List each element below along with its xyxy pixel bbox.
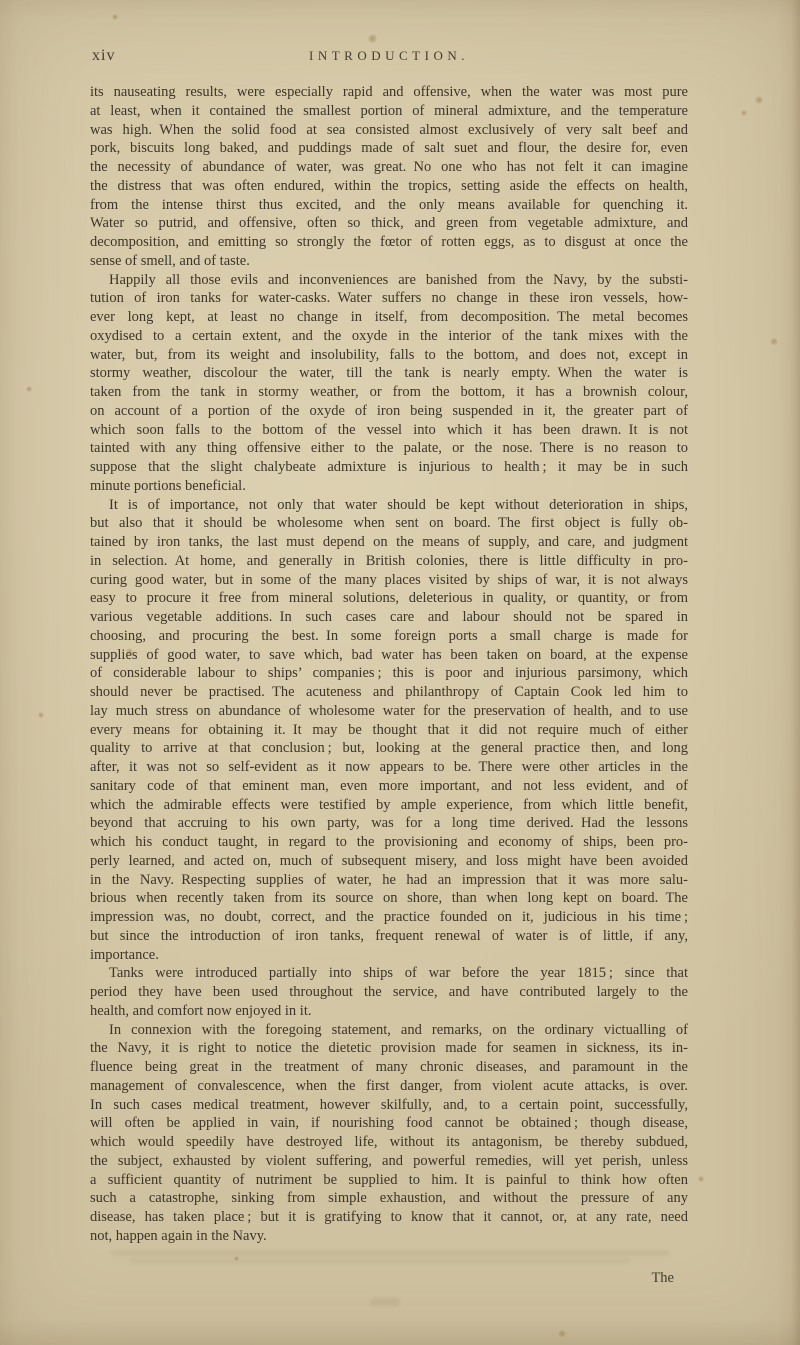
text-line: management of convalescence, when the fi… xyxy=(90,1077,688,1096)
text-line: health, and comfort now enjoyed in it. xyxy=(90,1002,688,1021)
paragraph: It is of importance, not only that water… xyxy=(90,496,688,965)
text-line: of considerable labour to ships’ compani… xyxy=(90,664,688,683)
text-line: impression was, no doubt, correct, and t… xyxy=(90,908,688,927)
text-line: at least, when it contained the smallest… xyxy=(90,102,688,121)
book-page: xiv INTRODUCTION. its nauseating results… xyxy=(0,0,800,1345)
text-line: lay much stress on abundance of wholesom… xyxy=(90,702,688,721)
text-line: every means for obtaining it. It may be … xyxy=(90,721,688,740)
text-line: which soon falls to the bottom of the ve… xyxy=(90,421,688,440)
text-line: which his conduct taught, in regard to t… xyxy=(90,833,688,852)
text-line: fluence being great in the treatment of … xyxy=(90,1058,688,1077)
text-line: but also that it should be wholesome whe… xyxy=(90,514,688,533)
text-line: oxydised to a certain extent, and the ox… xyxy=(90,327,688,346)
foxing-spot xyxy=(126,648,133,655)
page-body: its nauseating results, were especially … xyxy=(90,83,688,1246)
text-line: sense of smell, and of taste. xyxy=(90,252,688,271)
text-line: Water so putrid, and offensive, often so… xyxy=(90,214,688,233)
foxing-spot xyxy=(26,386,32,392)
text-line: taken from the tank in stormy weather, o… xyxy=(90,383,688,402)
text-line: the subject, exhausted by violent suffer… xyxy=(90,1152,688,1171)
text-line: after, it was not so self-evident as it … xyxy=(90,758,688,777)
text-line: such a catastrophe, sinking from simple … xyxy=(90,1189,688,1208)
foxing-spot xyxy=(741,110,747,116)
foxing-spot xyxy=(368,34,377,43)
text-line: was high. When the solid food at sea con… xyxy=(90,121,688,140)
text-line: In such cases medical treatment, however… xyxy=(90,1096,688,1115)
text-line: period they have been used throughout th… xyxy=(90,983,688,1002)
text-line: minute portions beneficial. xyxy=(90,477,688,496)
text-line: which the admirable effects were testifi… xyxy=(90,796,688,815)
text-line: Tanks were introduced partially into shi… xyxy=(90,964,688,983)
foxing-spot xyxy=(770,338,778,345)
text-line: ever long kept, at least no change in it… xyxy=(90,308,688,327)
text-line: disease, has taken place ; but it is gra… xyxy=(90,1208,688,1227)
text-line: but since the introduction of iron tanks… xyxy=(90,927,688,946)
text-line: which would speedily have destroyed life… xyxy=(90,1133,688,1152)
text-line: tained by iron tanks, the last must depe… xyxy=(90,533,688,552)
text-line: decomposition, and emitting so strongly … xyxy=(90,233,688,252)
text-line: on account of a portion of the oxyde of … xyxy=(90,402,688,421)
text-line: its nauseating results, were especially … xyxy=(90,83,688,102)
text-line: supplies of good water, to save which, b… xyxy=(90,646,688,665)
showthrough-ghost-mark xyxy=(95,300,135,306)
text-line: not, happen again in the Navy. xyxy=(90,1227,688,1246)
text-line: quality to arrive at that conclusion ; b… xyxy=(90,739,688,758)
text-line: curing good water, but in some of the ma… xyxy=(90,571,688,590)
text-line: importance. xyxy=(90,946,688,965)
catchword: The xyxy=(90,1270,688,1287)
paragraph: In connexion with the foregoing statemen… xyxy=(90,1021,688,1246)
text-line: should never be practised. The acuteness… xyxy=(90,683,688,702)
foxing-spot xyxy=(234,1256,239,1261)
text-line: Happily all those evils and inconvenienc… xyxy=(90,271,688,290)
text-line: In connexion with the foregoing statemen… xyxy=(90,1021,688,1040)
showthrough-ghost-mark xyxy=(370,1298,400,1306)
foxing-spot xyxy=(755,96,763,104)
showthrough-ghost-line xyxy=(110,1250,670,1256)
text-line: a sufficient quantity of nutriment be su… xyxy=(90,1171,688,1190)
text-line: perly learned, and acted on, much of sub… xyxy=(90,852,688,871)
text-line: pork, biscuits long baked, and puddings … xyxy=(90,139,688,158)
text-line: sanitary code of that eminent man, even … xyxy=(90,777,688,796)
text-line: the distress that was often endured, wit… xyxy=(90,177,688,196)
showthrough-ghost-line xyxy=(130,1258,630,1264)
text-line: tution of iron tanks for water-casks. Wa… xyxy=(90,289,688,308)
text-line: will often be applied in vain, if nouris… xyxy=(90,1114,688,1133)
text-line: from the intense thirst thus excited, an… xyxy=(90,196,688,215)
paragraph: Happily all those evils and inconvenienc… xyxy=(90,271,688,496)
text-line: It is of importance, not only that water… xyxy=(90,496,688,515)
paragraph: its nauseating results, were especially … xyxy=(90,83,688,271)
running-title: INTRODUCTION. xyxy=(90,48,688,64)
text-line: tainted with any thing offensive either … xyxy=(90,439,688,458)
text-line: in selection. At home, and generally in … xyxy=(90,552,688,571)
text-line: stormy weather, discolour the water, til… xyxy=(90,364,688,383)
foxing-spot xyxy=(112,14,118,20)
foxing-spot xyxy=(38,712,44,718)
foxing-spot xyxy=(698,1176,704,1182)
text-line: the necessity of abundance of water, was… xyxy=(90,158,688,177)
text-line: water, but, from its weight and insolubi… xyxy=(90,346,688,365)
text-line: easy to procure it free from mineral sol… xyxy=(90,589,688,608)
text-line: beyond that accruing to his own party, w… xyxy=(90,814,688,833)
text-line: brious when recently taken from its sour… xyxy=(90,889,688,908)
text-line: the Navy, it is right to notice the diet… xyxy=(90,1039,688,1058)
foxing-spot xyxy=(558,1330,566,1337)
paragraph: Tanks were introduced partially into shi… xyxy=(90,964,688,1020)
text-line: various vegetable additions. In such cas… xyxy=(90,608,688,627)
text-line: suppose that the slight chalybeate admix… xyxy=(90,458,688,477)
text-line: in the Navy. Respecting supplies of wate… xyxy=(90,871,688,890)
text-line: choosing, and procuring the best. In som… xyxy=(90,627,688,646)
page-header: xiv INTRODUCTION. xyxy=(90,46,688,66)
